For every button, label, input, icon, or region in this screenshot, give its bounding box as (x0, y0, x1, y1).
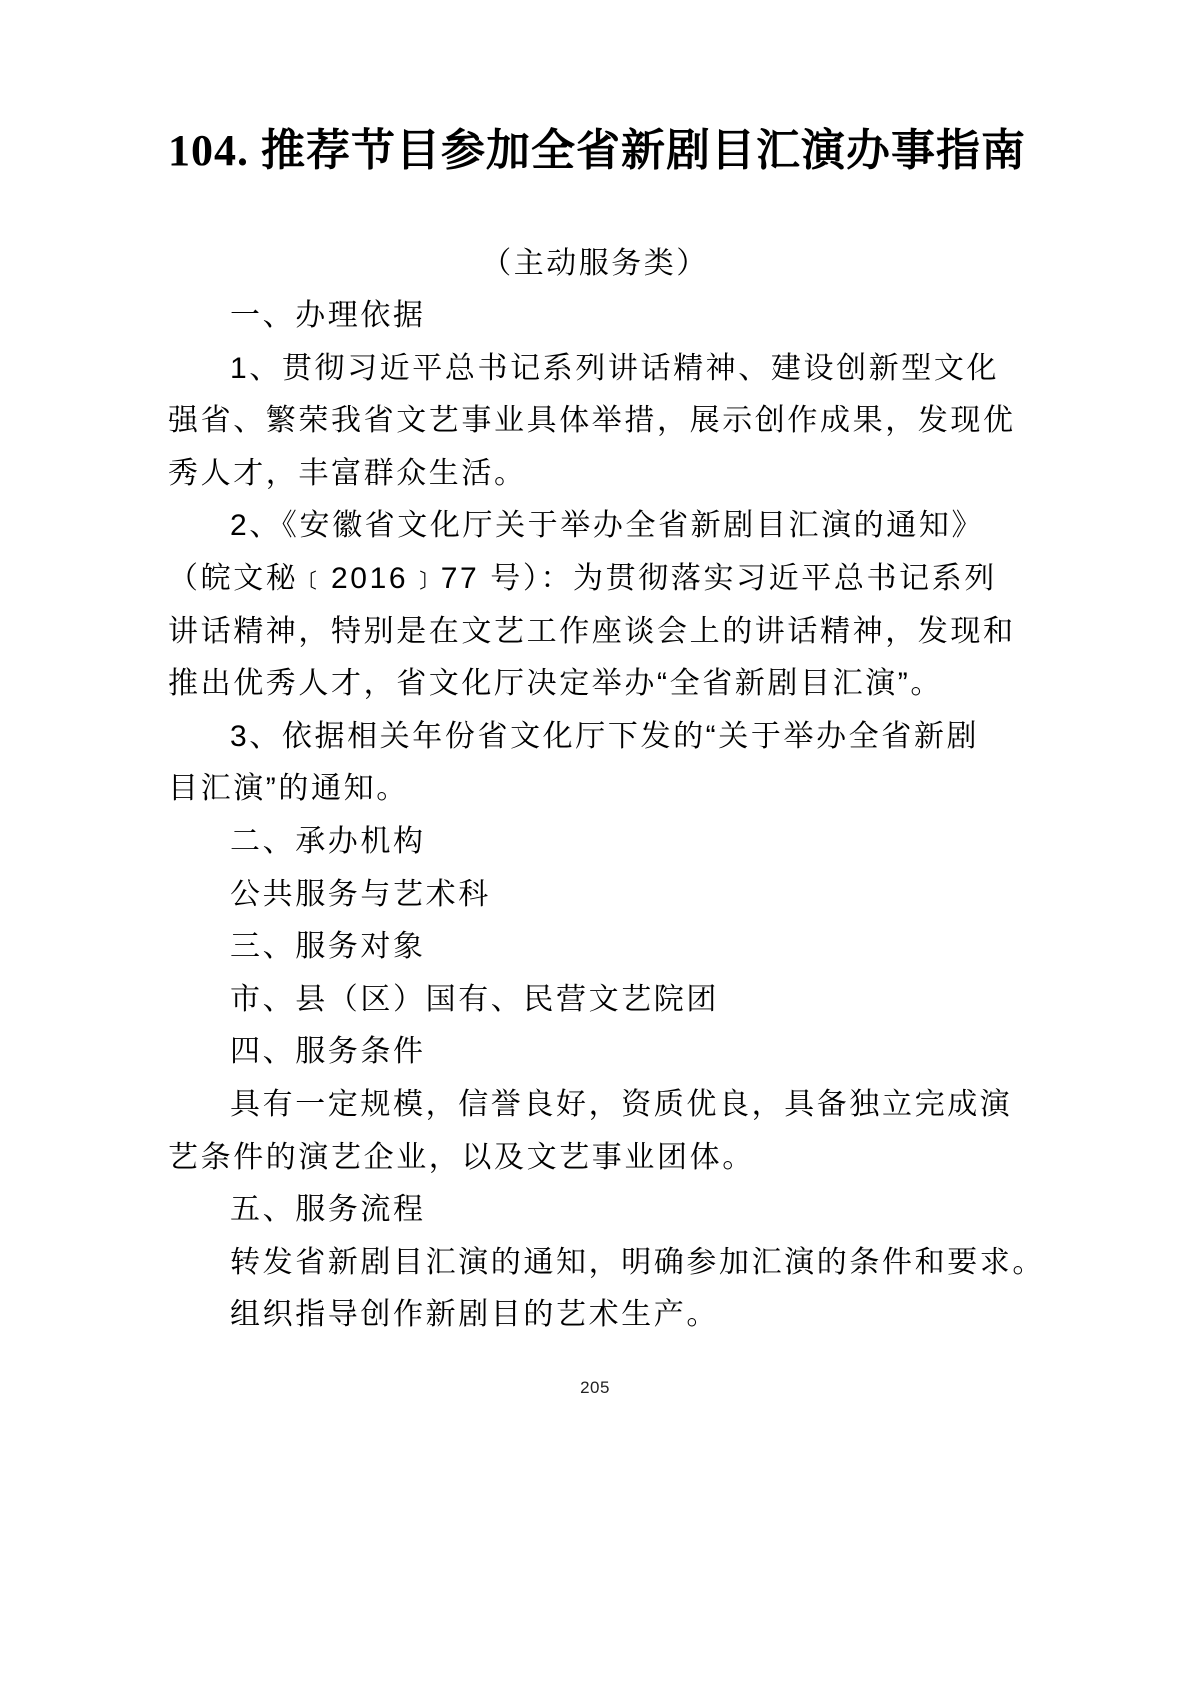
doc-line: 3、依据相关年份省文化厅下发的“关于举办全省新剧 (168, 711, 1022, 764)
document-subtitle: （主动服务类） (168, 238, 1022, 290)
doc-line: 讲话精神，特别是在文艺工作座谈会上的讲话精神，发现和 (168, 606, 1022, 659)
doc-line: （皖文秘﹝2016﹞77 号）：为贯彻落实习近平总书记系列 (168, 553, 1022, 606)
doc-line-heading-2: 二、承办机构 (168, 816, 1022, 869)
doc-line: 推出优秀人才，省文化厅决定举办“全省新剧目汇演”。 (168, 658, 1022, 711)
doc-line: 2、《安徽省文化厅关于举办全省新剧目汇演的通知》 (168, 500, 1022, 553)
doc-line: 秀人才，丰富群众生活。 (168, 448, 1022, 501)
doc-line: 艺条件的演艺企业，以及文艺事业团体。 (168, 1132, 1022, 1185)
doc-line: 1、贯彻习近平总书记系列讲话精神、建设创新型文化 (168, 343, 1022, 396)
doc-line: 公共服务与艺术科 (168, 869, 1022, 922)
doc-line: 具有一定规模，信誉良好，资质优良，具备独立完成演 (168, 1079, 1022, 1132)
doc-line: 市、县（区）国有、民营文艺院团 (168, 974, 1022, 1027)
doc-line-heading-3: 三、服务对象 (168, 921, 1022, 974)
doc-line: 转发省新剧目汇演的通知，明确参加汇演的条件和要求。 (168, 1237, 1022, 1290)
doc-line-heading-4: 四、服务条件 (168, 1026, 1022, 1079)
doc-line: 组织指导创作新剧目的艺术生产。 (168, 1289, 1022, 1342)
doc-line-heading-1: 一、办理依据 (168, 290, 1022, 343)
document-content: 104. 推荐节目参加全省新剧目汇演办事指南 （主动服务类） 一、办理依据 1、… (0, 0, 1190, 1342)
document-title: 104. 推荐节目参加全省新剧目汇演办事指南 (168, 0, 1022, 180)
doc-line-heading-5: 五、服务流程 (168, 1184, 1022, 1237)
document-body: 一、办理依据 1、贯彻习近平总书记系列讲话精神、建设创新型文化 强省、繁荣我省文… (168, 290, 1022, 1342)
page-number: 205 (0, 1378, 1190, 1398)
doc-line: 目汇演”的通知。 (168, 763, 1022, 816)
document-page: 104. 推荐节目参加全省新剧目汇演办事指南 （主动服务类） 一、办理依据 1、… (0, 0, 1190, 1683)
doc-line: 强省、繁荣我省文艺事业具体举措，展示创作成果，发现优 (168, 395, 1022, 448)
